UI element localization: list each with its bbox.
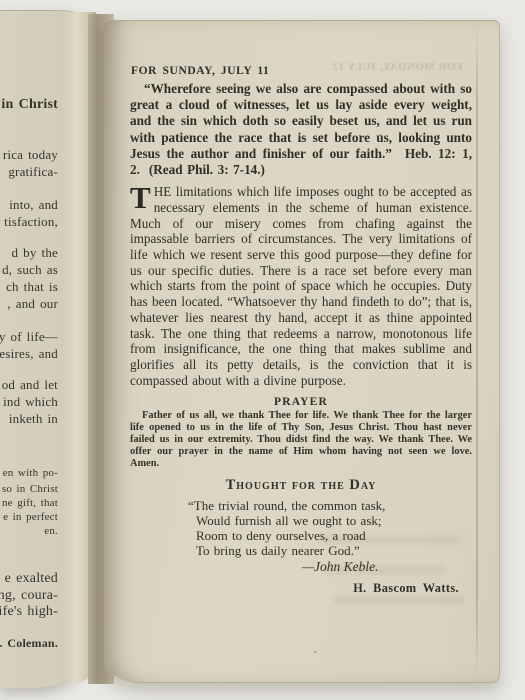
- poem-line: To bring us daily nearer God.”: [196, 543, 472, 558]
- left-page-line-fragment: ng, coura-: [0, 588, 58, 604]
- thought-heading: Thought for the Day: [130, 477, 472, 494]
- left-page-line-fragment: e exalted: [5, 571, 58, 587]
- left-page-line-fragment: ife's high-: [0, 604, 58, 620]
- paper-speck: [314, 651, 316, 653]
- left-page-line-fragment: tisfaction,: [4, 214, 58, 230]
- right-page-fore-edge: [476, 25, 478, 678]
- poem-line: “The trivial round, the common task,: [196, 498, 472, 513]
- scripture-read-note: (Read Phil. 3: 7-14.): [149, 162, 265, 177]
- page-content: FOR SUNDAY, JULY 11 “Wherefore seeing we…: [130, 65, 472, 596]
- left-page-line-fragment: inketh in: [9, 411, 58, 427]
- left-page-line-fragment: . Coleman.: [0, 636, 58, 651]
- left-page-line-fragment: esires, and: [0, 346, 58, 362]
- left-page-line-fragment: ind which: [3, 394, 58, 410]
- left-page-line-fragment: so in Christ: [2, 483, 58, 495]
- left-page-line-fragment: en.: [44, 525, 58, 537]
- drop-cap: T: [130, 184, 154, 211]
- meditation-text: HE limitations which life imposes ought …: [130, 184, 472, 387]
- left-page-line-fragment: od and let: [2, 377, 58, 393]
- left-page-line-fragment: ne gift, that: [2, 497, 58, 509]
- poem: “The trivial round, the common task, Wou…: [196, 498, 472, 558]
- left-page-line-fragment: in Christ: [1, 97, 58, 113]
- left-page-line-fragment: e in perfect: [3, 511, 58, 523]
- ghost-smudge: [334, 596, 464, 604]
- left-page-line-fragment: en with po-: [3, 467, 58, 479]
- left-page-line-fragment: , and our: [7, 296, 58, 312]
- meditation-paragraph: THE limitations which life imposes ought…: [130, 184, 472, 388]
- left-page-text: in Christrica todaygratifica-into, andti…: [0, 1, 66, 700]
- left-page-line-fragment: d by the: [12, 245, 58, 261]
- poem-line: Would furnish all we ought to ask;: [196, 513, 472, 528]
- poem-line: Room to deny ourselves, a road: [196, 528, 472, 543]
- left-page-line-fragment: rica today: [3, 147, 58, 163]
- right-page: FOR MONDAY, JULY 12 FOR SUNDAY, JULY 11 …: [104, 20, 500, 683]
- left-page-line-fragment: gratifica-: [8, 164, 58, 180]
- prayer-text: Father of us all, we thank Thee for life…: [130, 410, 472, 470]
- page-author: H. Bascom Watts.: [130, 581, 472, 596]
- paper-speck: [379, 134, 381, 136]
- left-page-line-fragment: ch that is: [6, 279, 58, 295]
- prayer-heading: PRAYER: [130, 396, 472, 408]
- poem-attribution: —John Keble.: [302, 559, 472, 575]
- dateline: FOR SUNDAY, JULY 11: [131, 65, 472, 77]
- left-page-line-fragment: d, such as: [2, 262, 58, 278]
- scripture-quote: “Wherefore seeing we also are compassed …: [130, 81, 472, 178]
- left-page-line-fragment: y of life—: [0, 329, 58, 345]
- left-page-line-fragment: into, and: [9, 197, 58, 213]
- book-photo: in Christrica todaygratifica-into, andti…: [0, 0, 525, 700]
